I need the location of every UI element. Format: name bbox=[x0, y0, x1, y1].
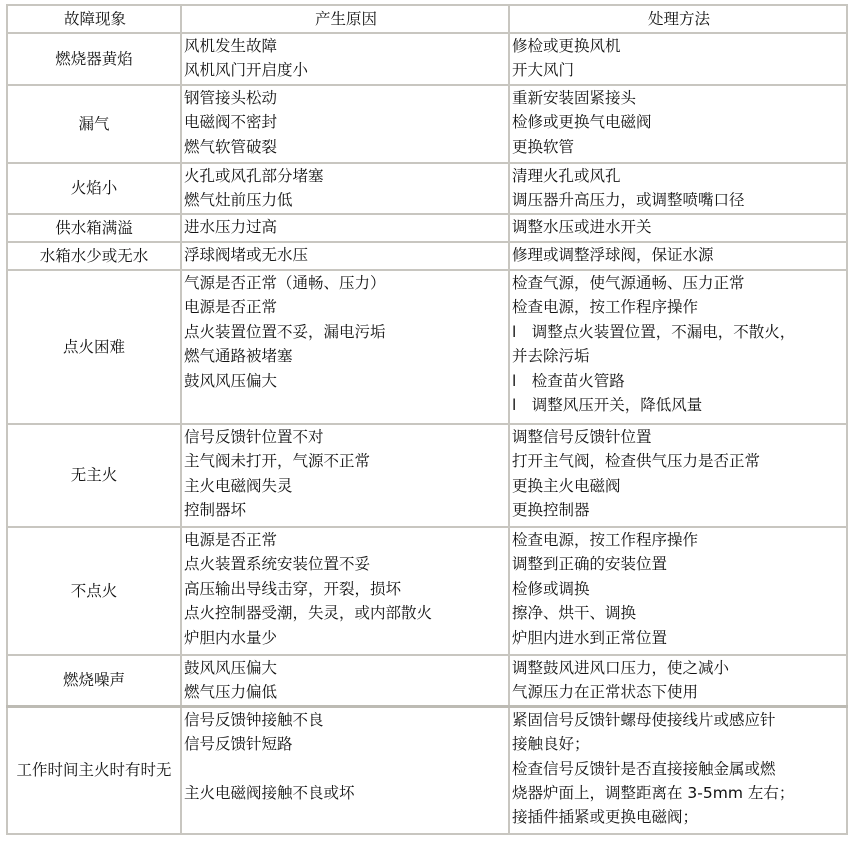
fix-line: 紧固信号反馈针螺母使接线片或感应针 bbox=[512, 708, 846, 732]
cause-line bbox=[184, 757, 508, 781]
fix-line: 调整水压或进水开关 bbox=[512, 215, 846, 239]
cause-line: 浮球阀堵或无水压 bbox=[184, 243, 508, 267]
fix-line: 并去除污垢 bbox=[512, 344, 846, 368]
cause-line: 燃气灶前压力低 bbox=[184, 188, 508, 212]
fix-line: l 调整风压开关，降低风量 bbox=[512, 393, 846, 417]
cause-line: 鼓风风压偏大 bbox=[184, 656, 508, 680]
fix-line: 炉胆内进水到正常位置 bbox=[512, 626, 846, 650]
cause-line: 点火装置位置不妥，漏电污垢 bbox=[184, 320, 508, 344]
fault-troubleshooting-table: 故障现象 产生原因 处理方法 燃烧器黄焰风机发生故障风机风门开启度小修检或更换风… bbox=[6, 4, 848, 835]
fix-line: 接插件插紧或更换电磁阀； bbox=[512, 805, 846, 829]
cause-line: 信号反馈针短路 bbox=[184, 732, 508, 756]
fix-line: 修检或更换风机 bbox=[512, 34, 846, 58]
header-symptom: 故障现象 bbox=[7, 5, 181, 33]
header-row: 故障现象 产生原因 处理方法 bbox=[7, 5, 847, 33]
table-row: 燃烧噪声鼓风风压偏大燃气压力偏低调整鼓风进风口压力，使之减小气源压力在正常状态下… bbox=[7, 655, 847, 706]
fix-line: 调整信号反馈针位置 bbox=[512, 425, 846, 449]
fix-line: 擦净、烘干、调换 bbox=[512, 601, 846, 625]
fix-line: 气源压力在正常状态下使用 bbox=[512, 680, 846, 704]
cause-line: 进水压力过高 bbox=[184, 215, 508, 239]
cause-cell: 浮球阀堵或无水压 bbox=[181, 242, 509, 270]
cause-line: 风机风门开启度小 bbox=[184, 58, 508, 82]
fix-line: 检查电源，按工作程序操作 bbox=[512, 295, 846, 319]
fix-line: 开大风门 bbox=[512, 58, 846, 82]
fix-line: 更换主火电磁阀 bbox=[512, 474, 846, 498]
table-row: 漏气钢管接头松动电磁阀不密封燃气软管破裂重新安装固紧接头检修或更换气电磁阀更换软… bbox=[7, 85, 847, 163]
header-cause: 产生原因 bbox=[181, 5, 509, 33]
cause-line: 燃气软管破裂 bbox=[184, 135, 508, 159]
cause-line bbox=[184, 393, 508, 417]
cause-line bbox=[184, 805, 508, 829]
symptom-cell: 漏气 bbox=[7, 85, 181, 163]
cause-line: 鼓风风压偏大 bbox=[184, 369, 508, 393]
fix-line: 清理火孔或风孔 bbox=[512, 164, 846, 188]
fix-line: 修理或调整浮球阀，保证水源 bbox=[512, 243, 846, 267]
cause-line: 钢管接头松动 bbox=[184, 86, 508, 110]
table-row: 点火困难气源是否正常（通畅、压力）电源是否正常点火装置位置不妥，漏电污垢燃气通路… bbox=[7, 270, 847, 424]
cause-line: 信号反馈钟接触不良 bbox=[184, 708, 508, 732]
cause-line: 点火装置系统安装位置不妥 bbox=[184, 552, 508, 576]
table-row: 供水箱满溢进水压力过高调整水压或进水开关 bbox=[7, 214, 847, 242]
symptom-cell: 工作时间主火时有时无 bbox=[7, 706, 181, 834]
cause-line: 电磁阀不密封 bbox=[184, 110, 508, 134]
fix-line: 调整鼓风进风口压力，使之减小 bbox=[512, 656, 846, 680]
fix-cell: 修检或更换风机开大风门 bbox=[509, 33, 847, 85]
cause-cell: 钢管接头松动电磁阀不密封燃气软管破裂 bbox=[181, 85, 509, 163]
cause-cell: 鼓风风压偏大燃气压力偏低 bbox=[181, 655, 509, 706]
cause-line: 高压输出导线击穿，开裂，损坏 bbox=[184, 577, 508, 601]
cause-line: 控制器坏 bbox=[184, 498, 508, 522]
cause-line: 主火电磁阀接触不良或坏 bbox=[184, 781, 508, 805]
cause-line: 主气阀未打开，气源不正常 bbox=[184, 449, 508, 473]
table-row: 工作时间主火时有时无信号反馈钟接触不良信号反馈针短路主火电磁阀接触不良或坏紧固信… bbox=[7, 706, 847, 834]
cause-line: 点火控制器受潮，失灵，或内部散火 bbox=[184, 601, 508, 625]
fix-cell: 调整鼓风进风口压力，使之减小气源压力在正常状态下使用 bbox=[509, 655, 847, 706]
cause-cell: 信号反馈钟接触不良信号反馈针短路主火电磁阀接触不良或坏 bbox=[181, 706, 509, 834]
fix-line: 检查信号反馈针是否直接接触金属或燃 bbox=[512, 757, 846, 781]
fix-line: 烧器炉面上，调整距离在 3-5mm 左右； bbox=[512, 781, 846, 805]
fix-cell: 紧固信号反馈针螺母使接线片或感应针接触良好；检查信号反馈针是否直接接触金属或燃烧… bbox=[509, 706, 847, 834]
fix-line: 更换控制器 bbox=[512, 498, 846, 522]
fix-line: l 检查苗火管路 bbox=[512, 369, 846, 393]
cause-line: 信号反馈针位置不对 bbox=[184, 425, 508, 449]
fix-line: l 调整点火装置位置，不漏电，不散火， bbox=[512, 320, 846, 344]
fix-line: 调整到正确的安装位置 bbox=[512, 552, 846, 576]
symptom-cell: 无主火 bbox=[7, 424, 181, 527]
fix-cell: 检查气源，使气源通畅、压力正常检查电源，按工作程序操作l 调整点火装置位置，不漏… bbox=[509, 270, 847, 424]
cause-cell: 进水压力过高 bbox=[181, 214, 509, 242]
symptom-cell: 供水箱满溢 bbox=[7, 214, 181, 242]
cause-line: 电源是否正常 bbox=[184, 295, 508, 319]
symptom-cell: 火焰小 bbox=[7, 163, 181, 214]
symptom-cell: 不点火 bbox=[7, 527, 181, 655]
cause-line: 燃气通路被堵塞 bbox=[184, 344, 508, 368]
fix-line: 更换软管 bbox=[512, 135, 846, 159]
cause-cell: 风机发生故障风机风门开启度小 bbox=[181, 33, 509, 85]
cause-line: 炉胆内水量少 bbox=[184, 626, 508, 650]
cause-line: 风机发生故障 bbox=[184, 34, 508, 58]
table-row: 水箱水少或无水浮球阀堵或无水压修理或调整浮球阀，保证水源 bbox=[7, 242, 847, 270]
cause-line: 主火电磁阀失灵 bbox=[184, 474, 508, 498]
fix-cell: 检查电源，按工作程序操作调整到正确的安装位置检修或调换擦净、烘干、调换炉胆内进水… bbox=[509, 527, 847, 655]
table-row: 火焰小火孔或风孔部分堵塞燃气灶前压力低清理火孔或风孔调压器升高压力，或调整喷嘴口… bbox=[7, 163, 847, 214]
table-row: 燃烧器黄焰风机发生故障风机风门开启度小修检或更换风机开大风门 bbox=[7, 33, 847, 85]
fix-cell: 清理火孔或风孔调压器升高压力，或调整喷嘴口径 bbox=[509, 163, 847, 214]
fix-line: 重新安装固紧接头 bbox=[512, 86, 846, 110]
fix-line: 检查电源，按工作程序操作 bbox=[512, 528, 846, 552]
cause-line: 气源是否正常（通畅、压力） bbox=[184, 271, 508, 295]
fix-line: 调压器升高压力，或调整喷嘴口径 bbox=[512, 188, 846, 212]
cause-line: 火孔或风孔部分堵塞 bbox=[184, 164, 508, 188]
fix-line: 打开主气阀，检查供气压力是否正常 bbox=[512, 449, 846, 473]
fix-line: 接触良好； bbox=[512, 732, 846, 756]
table-row: 不点火电源是否正常点火装置系统安装位置不妥高压输出导线击穿，开裂，损坏点火控制器… bbox=[7, 527, 847, 655]
fix-line: 检修或更换气电磁阀 bbox=[512, 110, 846, 134]
table-body: 燃烧器黄焰风机发生故障风机风门开启度小修检或更换风机开大风门漏气钢管接头松动电磁… bbox=[7, 33, 847, 834]
fix-cell: 修理或调整浮球阀，保证水源 bbox=[509, 242, 847, 270]
cause-cell: 电源是否正常点火装置系统安装位置不妥高压输出导线击穿，开裂，损坏点火控制器受潮，… bbox=[181, 527, 509, 655]
cause-line: 电源是否正常 bbox=[184, 528, 508, 552]
symptom-cell: 点火困难 bbox=[7, 270, 181, 424]
symptom-cell: 燃烧噪声 bbox=[7, 655, 181, 706]
cause-cell: 信号反馈针位置不对主气阀未打开，气源不正常主火电磁阀失灵控制器坏 bbox=[181, 424, 509, 527]
header-fix: 处理方法 bbox=[509, 5, 847, 33]
cause-cell: 气源是否正常（通畅、压力）电源是否正常点火装置位置不妥，漏电污垢燃气通路被堵塞鼓… bbox=[181, 270, 509, 424]
fix-line: 检修或调换 bbox=[512, 577, 846, 601]
symptom-cell: 水箱水少或无水 bbox=[7, 242, 181, 270]
cause-cell: 火孔或风孔部分堵塞燃气灶前压力低 bbox=[181, 163, 509, 214]
fix-line: 检查气源，使气源通畅、压力正常 bbox=[512, 271, 846, 295]
symptom-cell: 燃烧器黄焰 bbox=[7, 33, 181, 85]
fix-cell: 调整水压或进水开关 bbox=[509, 214, 847, 242]
cause-line: 燃气压力偏低 bbox=[184, 680, 508, 704]
fix-cell: 调整信号反馈针位置打开主气阀，检查供气压力是否正常更换主火电磁阀更换控制器 bbox=[509, 424, 847, 527]
fix-cell: 重新安装固紧接头检修或更换气电磁阀更换软管 bbox=[509, 85, 847, 163]
table-row: 无主火信号反馈针位置不对主气阀未打开，气源不正常主火电磁阀失灵控制器坏调整信号反… bbox=[7, 424, 847, 527]
